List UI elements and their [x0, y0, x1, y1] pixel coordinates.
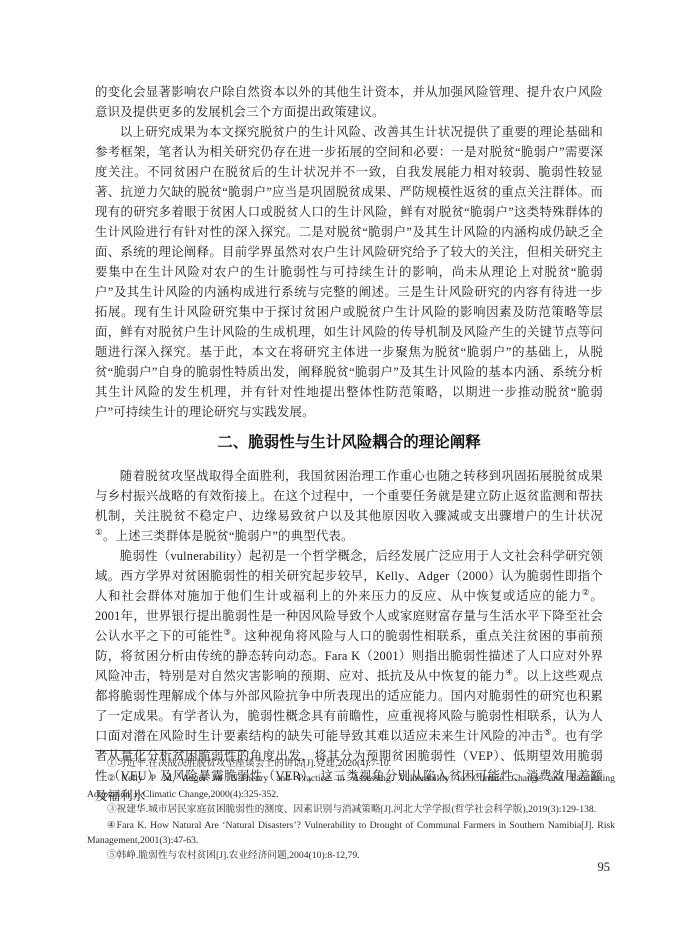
page-number: 95	[598, 860, 611, 875]
footnote-item: ①习近平.在决战决胜脱贫攻坚座谈会上的讲话[J].党建,2020(4):7-10…	[87, 756, 615, 771]
footnote-item: ③祝建华.城市居民家庭贫困脆弱性的测度、因素识别与消减策略[J].河北大学学报(…	[87, 802, 615, 817]
footnote-divider	[95, 750, 247, 751]
article-body: 的变化会显著影响农户除自然资本以外的其他生计资本，并从加强风险管理、提升农户风险…	[95, 82, 603, 806]
paragraph-research-gaps: 以上研究成果为本文探究脱贫户的生计风险、改善其生计状况提供了重要的理论基础和参考…	[95, 122, 603, 422]
paragraph-poverty-policy: 随着脱贫攻坚战取得全面胜利，我国贫困治理工作重心也随之转移到巩固拓展脱贫成果与乡…	[95, 466, 603, 546]
paragraph-continuation: 的变化会显著影响农户除自然资本以外的其他生计资本，并从加强风险管理、提升农户风险…	[95, 82, 603, 122]
footnote-item: ⑤韩峥.脆弱性与农村贫困[J].农业经济问题,2004(10):8-12,79.	[87, 848, 615, 863]
footnote-item: ②Kelly P M, Adger W N.Theory and Practic…	[87, 771, 615, 802]
document-page: 的变化会显著影响农户除自然资本以外的其他生计资本，并从加强风险管理、提升农户风险…	[0, 0, 700, 943]
footnotes-block: ①习近平.在决战决胜脱贫攻坚座谈会上的讲话[J].党建,2020(4):7-10…	[87, 756, 615, 864]
section-heading: 二、脆弱性与生计风险耦合的理论阐释	[95, 432, 603, 454]
footnote-item: ④Fara K. How Natural Are ‘Natural Disast…	[87, 818, 615, 849]
